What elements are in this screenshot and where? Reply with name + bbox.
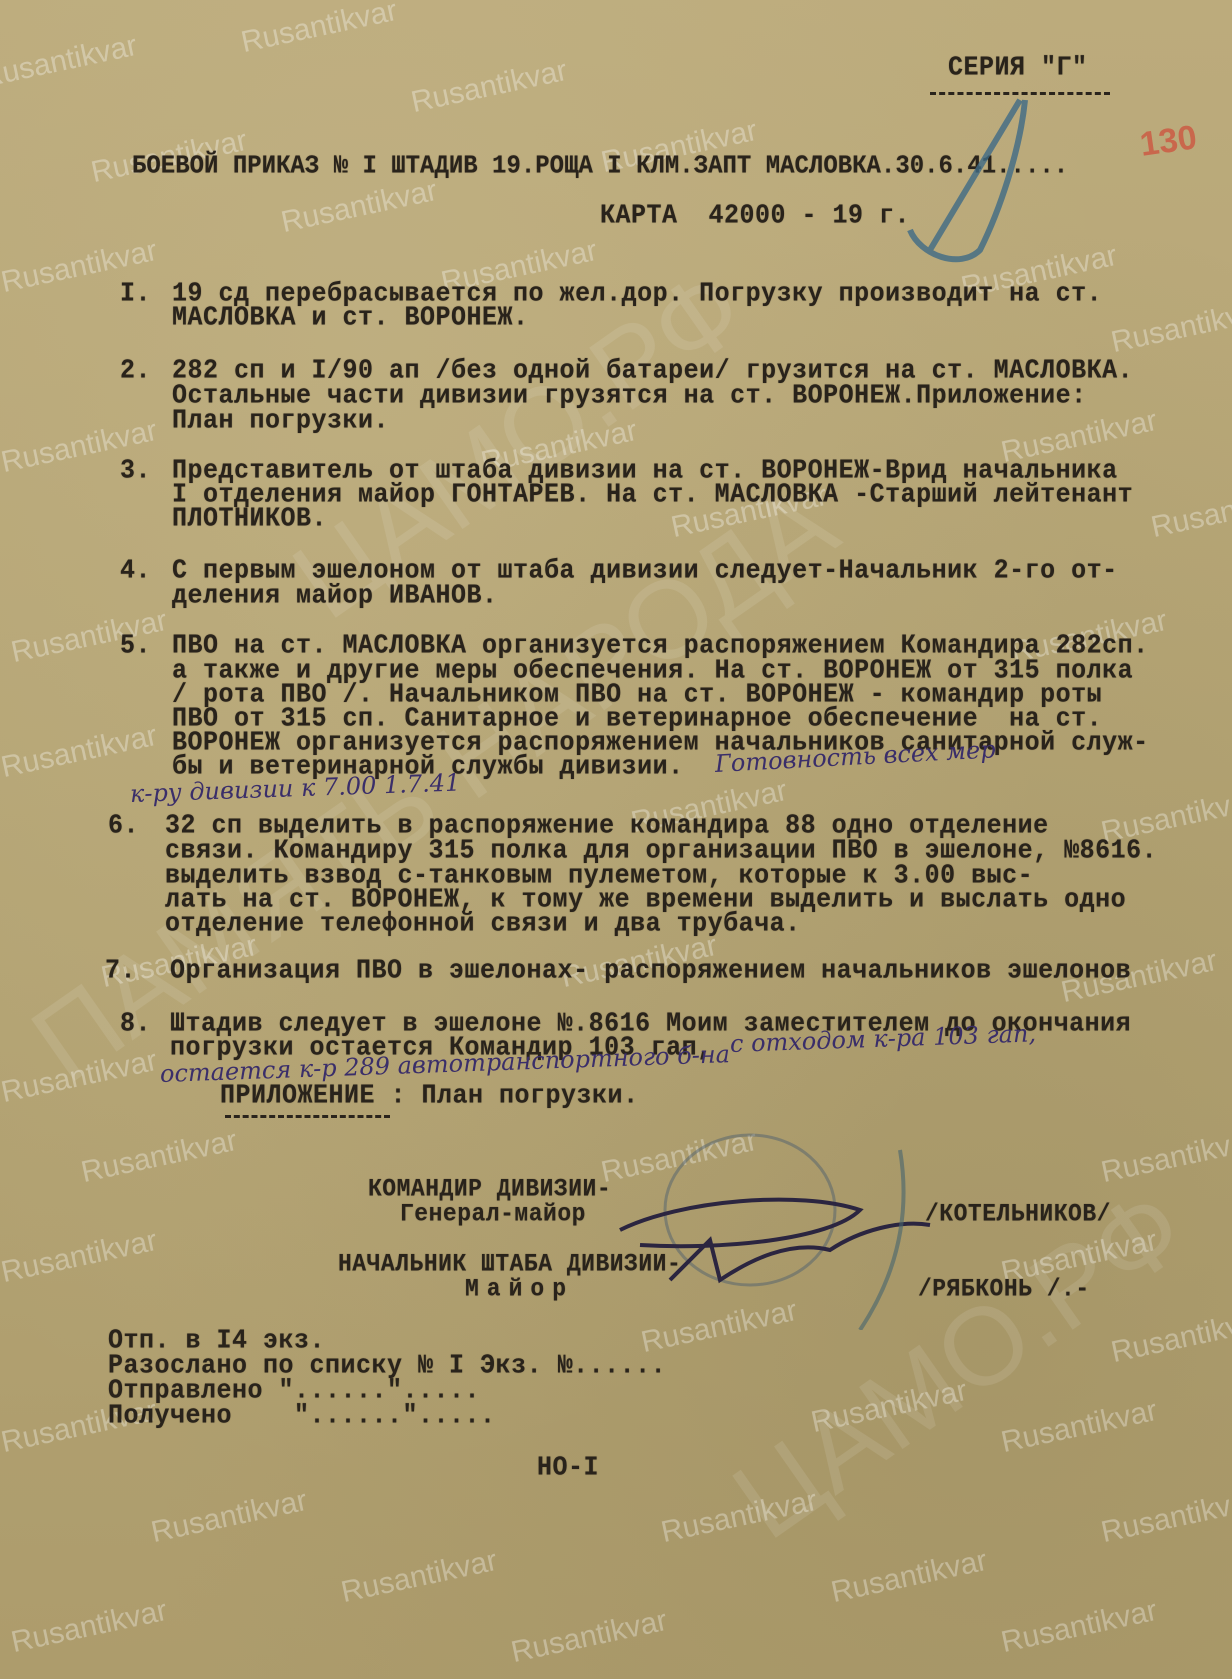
- series-label: СЕРИЯ "Г": [948, 52, 1088, 83]
- paragraph-number: 8.: [120, 1008, 151, 1039]
- signature-rank: Майор: [465, 1275, 574, 1303]
- watermark: Rusantikvar: [0, 29, 140, 95]
- handwritten-signature-icon: [600, 1130, 1020, 1330]
- watermark: Rusantikvar: [998, 1394, 1160, 1460]
- paragraph-line: отделение телефонной связи и два трубача…: [165, 908, 801, 939]
- watermark: Rusantikvar: [0, 1044, 160, 1110]
- watermark: Rusantikvar: [338, 1544, 500, 1610]
- signature-role: КОМАНДИР ДИВИЗИИ-: [368, 1175, 611, 1203]
- watermark: Rusantikvar: [0, 1224, 160, 1290]
- paragraph-line: ПЛОТНИКОВ.: [172, 503, 327, 534]
- document-code: НО-I: [537, 1452, 599, 1483]
- watermark: Rusantikvar: [828, 1544, 990, 1610]
- archive-number-stamp: 130: [1138, 118, 1200, 165]
- paragraph-number: 6.: [108, 810, 139, 841]
- watermark: Rusantikvar: [8, 1594, 170, 1660]
- paragraph-line: деления майор ИВАНОВ.: [172, 580, 498, 611]
- watermark: Rusantikvar: [148, 1484, 310, 1550]
- paragraph-number: 2.: [120, 355, 151, 386]
- watermark: Rusantikvar: [0, 719, 160, 785]
- paragraph-number: 3.: [120, 455, 151, 486]
- appendix-underline: [225, 1115, 390, 1118]
- watermark: Rusantikvar: [238, 0, 400, 60]
- paragraph-number: 5.: [120, 630, 151, 661]
- watermark: Rusantikvar: [408, 54, 570, 120]
- paragraph-line: МАСЛОВКА и ст. ВОРОНЕЖ.: [172, 302, 529, 333]
- watermark: Rusantikvar: [1108, 294, 1232, 360]
- watermark: Rusantikvar: [1098, 1124, 1232, 1190]
- map-reference: КАРТА 42000 - 19 г.: [600, 200, 910, 231]
- watermark: Rusantikvar: [808, 1374, 970, 1440]
- watermark: Rusantikvar: [1108, 1304, 1232, 1370]
- paragraph-number: 4.: [120, 555, 151, 586]
- watermark: Rusantikvar: [658, 1484, 820, 1550]
- received-line: Получено "......".....: [108, 1400, 496, 1431]
- watermark: Rusantikvar: [78, 1124, 240, 1190]
- paragraph-number: 7.: [105, 955, 136, 986]
- watermark: Rusantikvar: [508, 1604, 670, 1670]
- appendix-line: ПРИЛОЖЕНИЕ : План погрузки.: [220, 1080, 639, 1111]
- watermark: Rusantikvar: [278, 174, 440, 240]
- watermark: Rusantikvar: [1098, 1484, 1232, 1550]
- document-page: ЦАМО.РФ ЦАМО.РФ ПАМЯТЬ НАРОДА Rusantikva…: [0, 0, 1232, 1679]
- watermark: Rusantikvar: [1148, 479, 1232, 545]
- paragraph-line: План погрузки.: [172, 405, 389, 436]
- paragraph-number: I.: [120, 278, 151, 309]
- blue-pencil-mark-icon: [900, 80, 1100, 270]
- paragraph-line: Организация ПВО в эшелонах- распоряжение…: [170, 955, 1131, 986]
- signature-rank: Генерал-майор: [400, 1200, 586, 1228]
- watermark: Rusantikvar: [998, 1594, 1160, 1660]
